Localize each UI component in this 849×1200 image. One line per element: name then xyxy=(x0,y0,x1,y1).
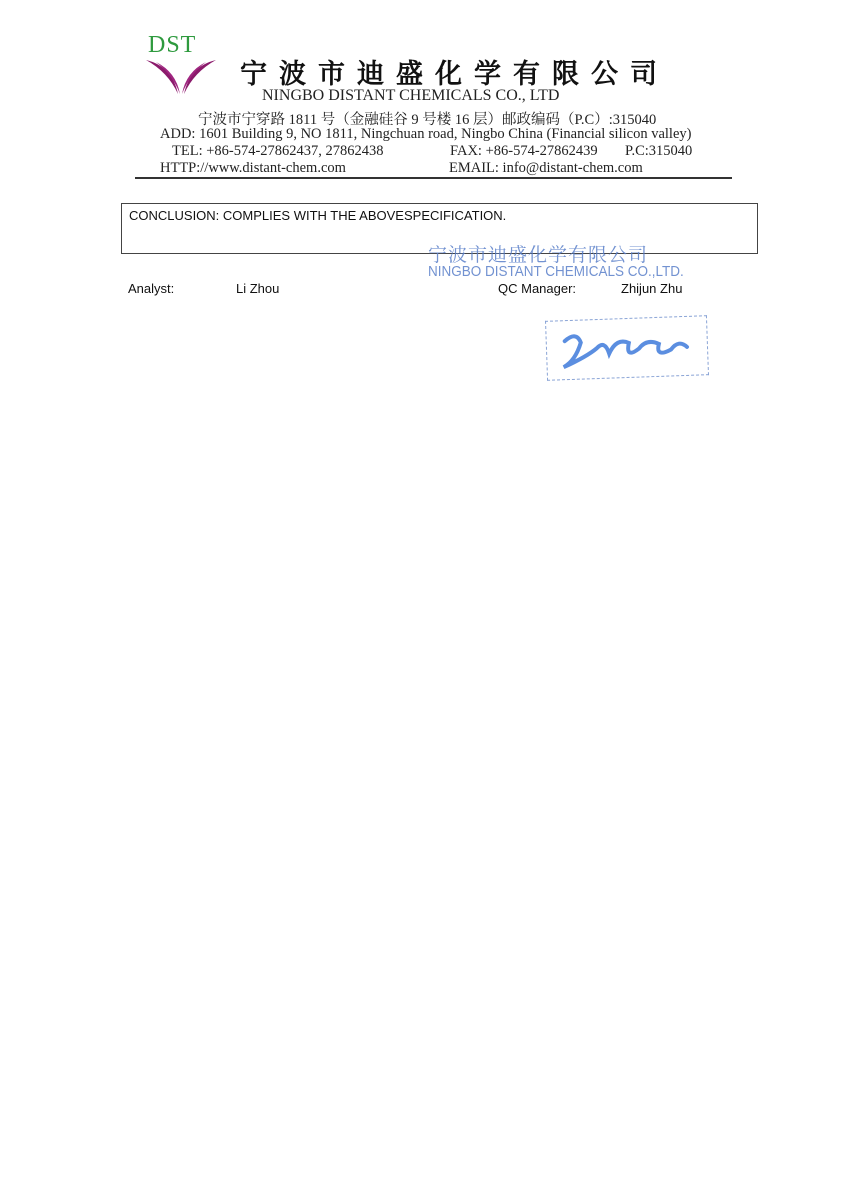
fax: FAX: +86-574-27862439 xyxy=(450,143,598,160)
company-name-en: NINGBO DISTANT CHEMICALS CO., LTD xyxy=(262,87,559,105)
header-divider xyxy=(135,177,732,179)
email: EMAIL: info@distant-chem.com xyxy=(449,160,643,177)
company-name-cn: 宁波市迪盛化学有限公司 xyxy=(240,52,669,91)
conclusion-text: CONCLUSION: COMPLIES WITH THE ABOVESPECI… xyxy=(129,208,506,223)
telephone: TEL: +86-574-27862437, 27862438 xyxy=(172,143,384,160)
qc-manager-label: QC Manager: xyxy=(498,281,576,296)
company-logo: DST xyxy=(142,32,220,96)
analyst-label: Analyst: xyxy=(128,281,174,296)
address-en: ADD: 1601 Building 9, NO 1811, Ningchuan… xyxy=(160,126,691,143)
website: HTTP://www.distant-chem.com xyxy=(160,160,346,177)
company-stamp-en: NINGBO DISTANT CHEMICALS CO.,LTD. xyxy=(428,263,684,280)
analyst-name: Li Zhou xyxy=(236,281,279,296)
qc-manager-name: Zhijun Zhu xyxy=(621,281,682,296)
handwritten-signature-icon xyxy=(546,316,708,380)
signature-stamp xyxy=(545,315,709,381)
postcode: P.C:315040 xyxy=(625,143,692,160)
logo-leaves-icon xyxy=(142,32,220,96)
